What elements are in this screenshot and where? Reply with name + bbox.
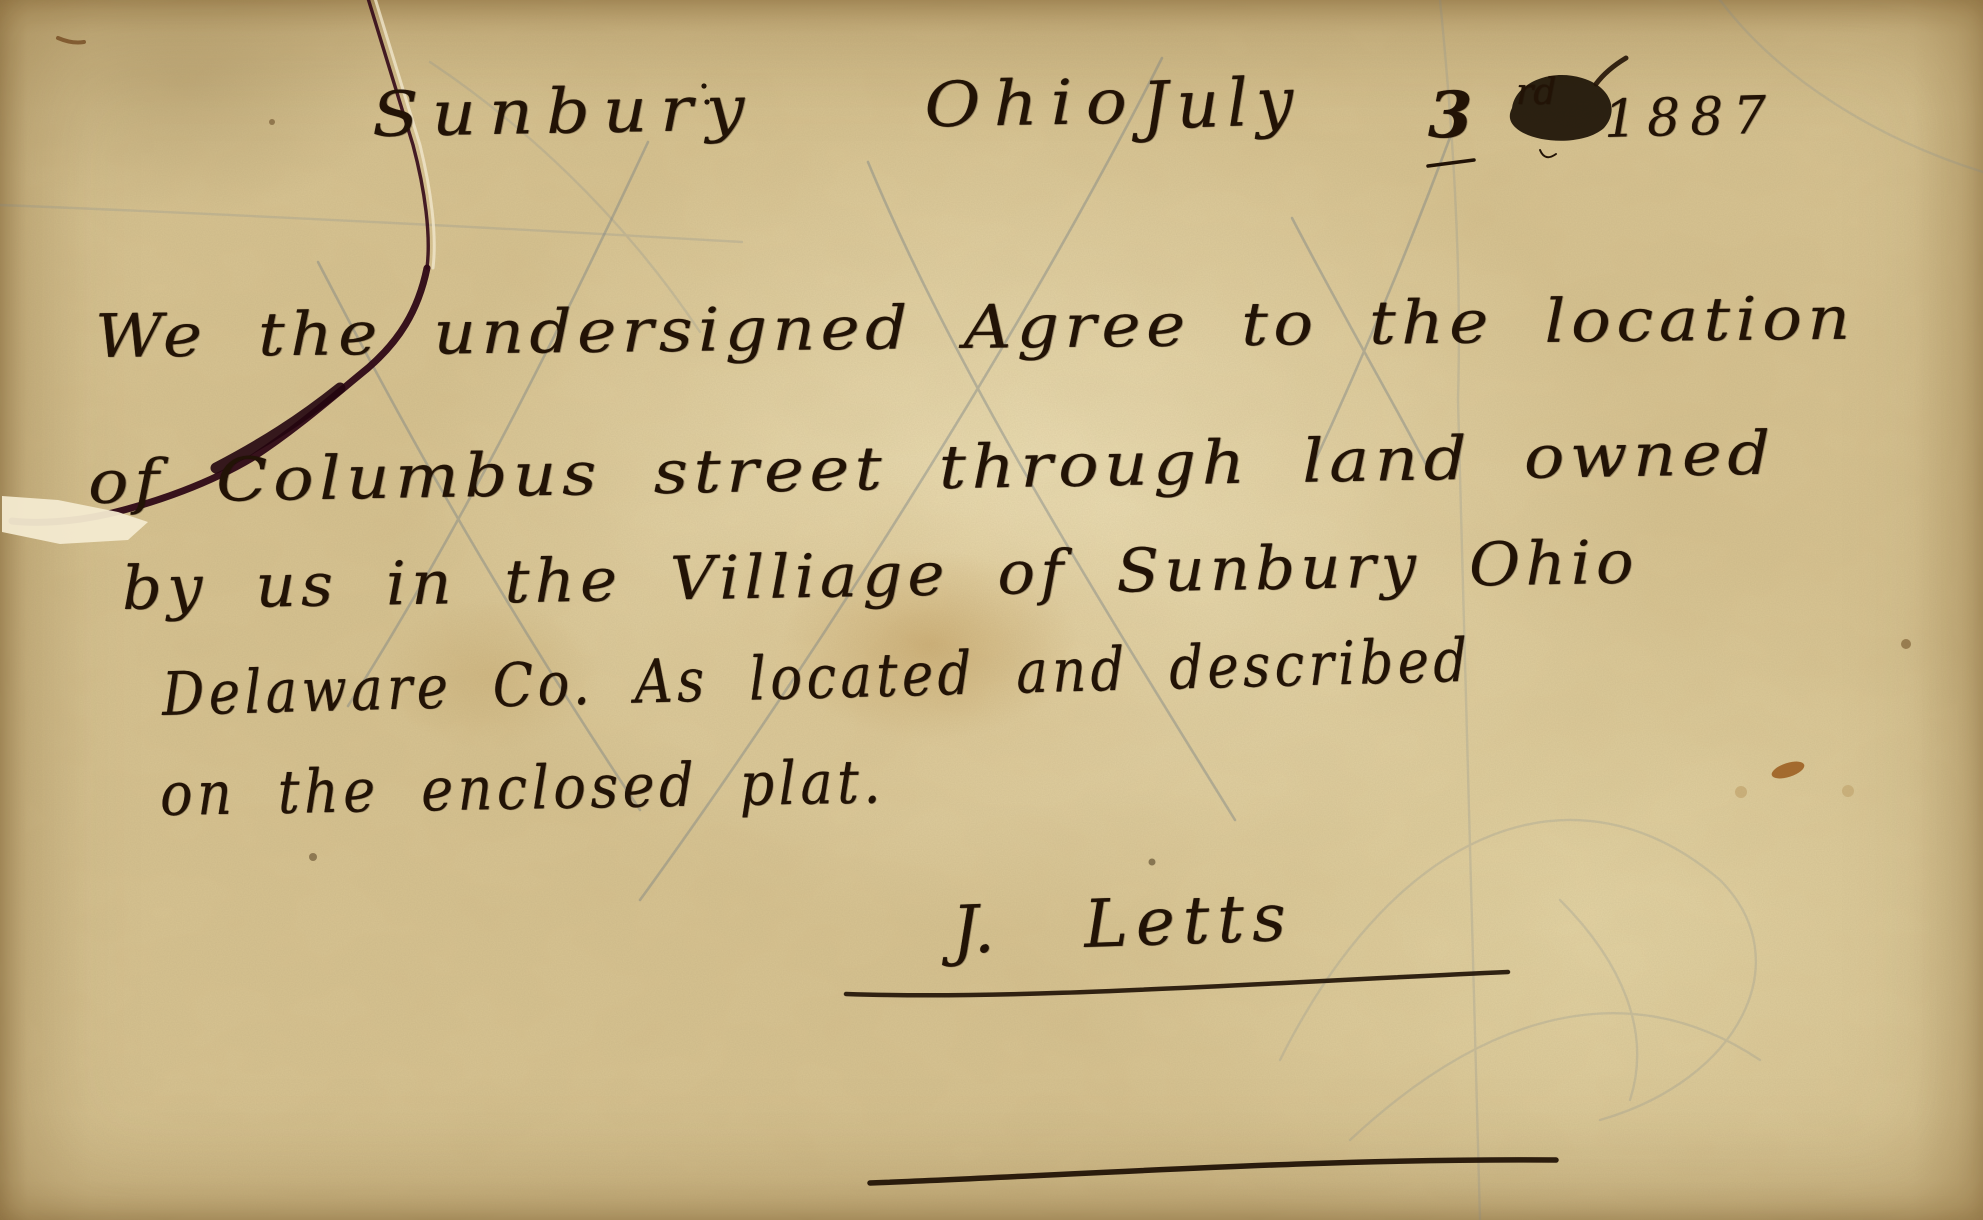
- signature-initial: J.: [951, 889, 996, 973]
- ink-details: [701, 58, 1626, 1183]
- dateline-month: July: [1141, 60, 1303, 148]
- dateline-year: 1887: [1603, 83, 1777, 152]
- top-left-scratch: [58, 38, 84, 43]
- body-line-5: on the enclosed plat.: [159, 745, 885, 833]
- body-line-3: by us in the Villiage of Sunbury Ohio: [121, 526, 1639, 627]
- body-line-4: Delaware Co. As located and described: [161, 624, 1472, 733]
- ink-blot-tail: [1596, 58, 1626, 84]
- day-underline: [1428, 160, 1474, 166]
- small-ink-mark: [1540, 150, 1556, 157]
- body-line-1: We the undersigned Agree to the location: [95, 282, 1856, 375]
- dateline-day: 3: [1428, 76, 1473, 156]
- scanned-document-page: Sunbury Ohio July 3 rd 1887 We the under…: [0, 0, 1983, 1220]
- dateline-day-suffix: rd: [1516, 70, 1556, 115]
- blank-signature-line: [870, 1160, 1556, 1183]
- dateline-place: Sunbury Ohio: [371, 63, 1140, 154]
- body-line-2: of Columbus street through land owned: [87, 417, 1776, 521]
- signature-surname: Letts: [1083, 877, 1296, 967]
- signature-underline: [846, 972, 1508, 995]
